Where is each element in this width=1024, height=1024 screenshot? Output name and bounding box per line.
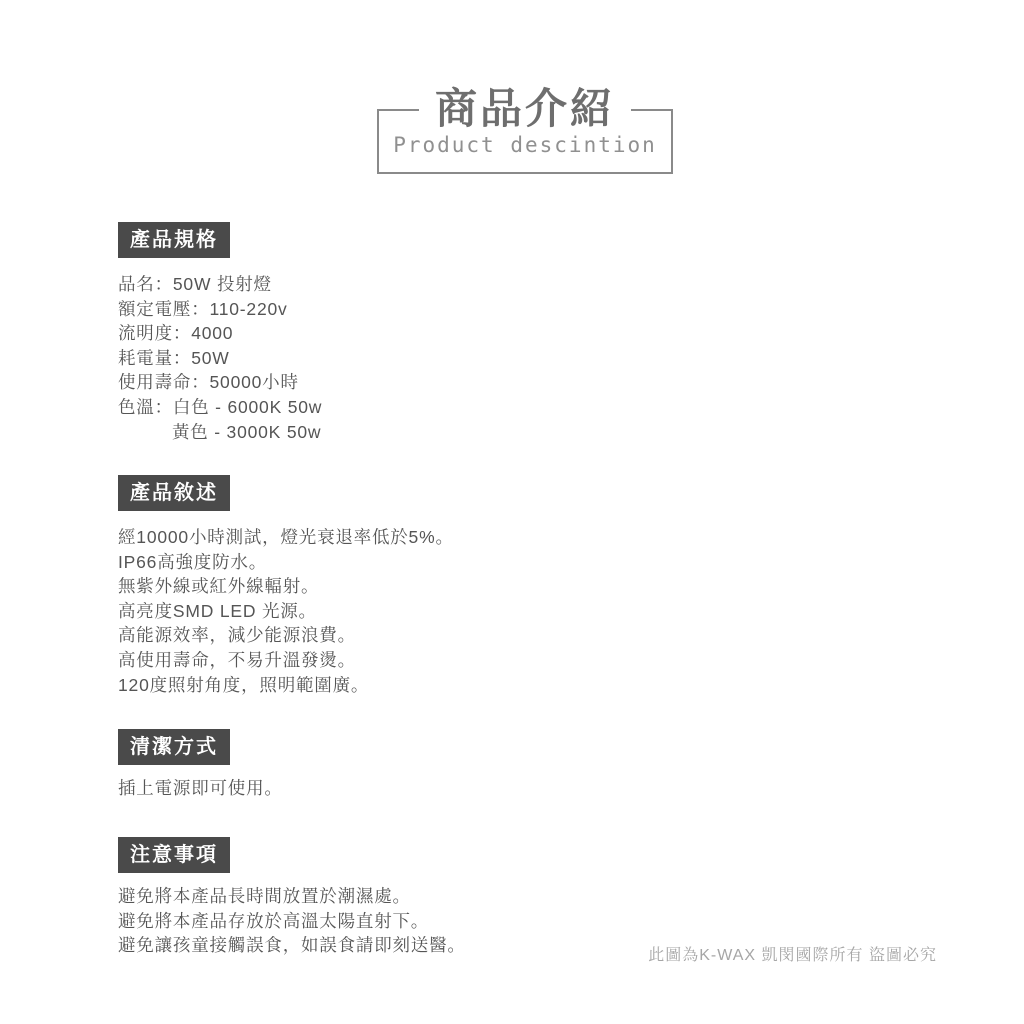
page-subtitle: Product descintion	[379, 133, 671, 157]
description-line: 高能源效率，減少能源浪費。	[118, 623, 454, 648]
spec-line-power: 耗電量：50W	[118, 346, 322, 371]
description-line: 高使用壽命，不易升溫發燙。	[118, 648, 454, 673]
notice-line: 避免將本產品存放於高溫太陽直射下。	[118, 909, 466, 934]
description-line: 無紫外線或紅外線輻射。	[118, 574, 454, 599]
description-line: IP66高強度防水。	[118, 550, 454, 575]
notice-line: 避免讓孩童接觸誤食，如誤食請即刻送醫。	[118, 933, 466, 958]
page-title: 商品介紹	[419, 88, 631, 130]
notice-line: 避免將本產品長時間放置於潮濕處。	[118, 884, 466, 909]
description-line: 經10000小時測試，燈光衰退率低於5%。	[118, 525, 454, 550]
spec-line-name: 品名：50W 投射燈	[118, 272, 322, 297]
description-text-block: 經10000小時測試，燈光衰退率低於5%。 IP66高強度防水。 無紫外線或紅外…	[118, 525, 454, 697]
section-heading-description: 產品敘述	[118, 475, 230, 511]
spec-line-lifespan: 使用壽命：50000小時	[118, 370, 322, 395]
specs-text-block: 品名：50W 投射燈 額定電壓：110-220v 流明度：4000 耗電量：50…	[118, 272, 322, 444]
description-line: 120度照射角度，照明範圍廣。	[118, 673, 454, 698]
spec-line-color-temp-white: 色溫：白色 - 6000K 50w	[118, 395, 322, 420]
page-title-box: 商品介紹 Product descintion	[377, 109, 673, 174]
notices-text-block: 避免將本產品長時間放置於潮濕處。 避免將本產品存放於高溫太陽直射下。 避免讓孩童…	[118, 884, 466, 958]
spec-line-voltage: 額定電壓：110-220v	[118, 297, 322, 322]
section-heading-cleaning: 清潔方式	[118, 729, 230, 765]
section-heading-notices: 注意事項	[118, 837, 230, 873]
spec-line-color-temp-yellow: 黃色 - 3000K 50w	[118, 420, 322, 445]
product-intro-page: 商品介紹 Product descintion 產品規格 品名：50W 投射燈 …	[0, 0, 1024, 1024]
description-line: 高亮度SMD LED 光源。	[118, 599, 454, 624]
cleaning-text-block: 插上電源即可使用。	[118, 776, 283, 801]
section-heading-specs: 產品規格	[118, 222, 230, 258]
spec-line-lumen: 流明度：4000	[118, 321, 322, 346]
copyright-note: 此圖為K-WAX 凱閔國際所有 盜圖必究	[648, 942, 937, 965]
cleaning-line: 插上電源即可使用。	[118, 776, 283, 801]
